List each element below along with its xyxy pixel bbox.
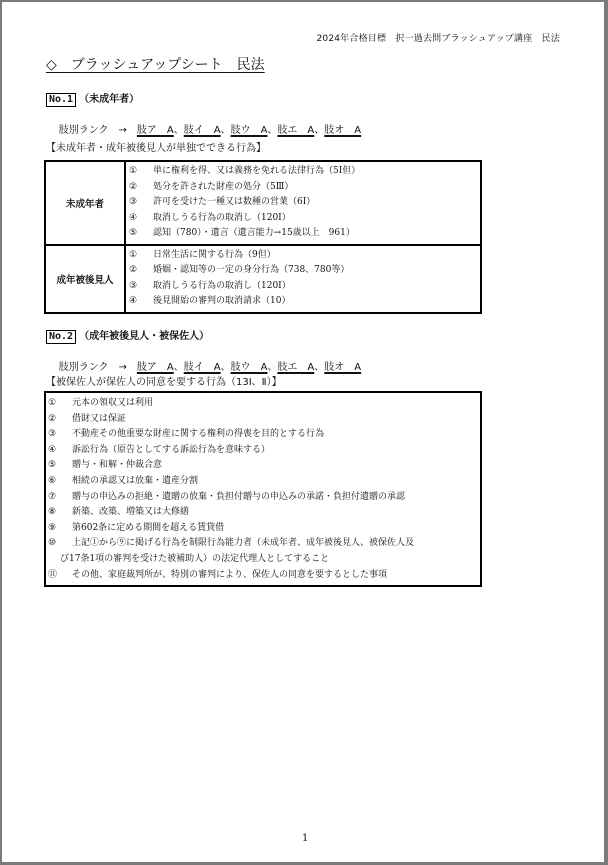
minor-items: ①単に権利を得、又は義務を免れる法律行為（5Ⅰ但） ②処分を許された財産の処分（… [125,161,481,245]
item-number: ③ [48,427,72,443]
separator: 、 [174,125,184,136]
question-2-heading: No.2（成年被後見人・被保佐人） [46,327,209,344]
rank-label: 肢別ランク → [59,362,137,373]
list-item: ⑪その他、家庭裁判所が、特別の審判により、保佐人の同意を要するとした事項 [48,568,480,584]
list-item: ③取消しうる行為の取消し（120Ⅰ） [129,279,480,295]
item-number: ④ [129,294,153,310]
item-text: 認知（780）・遺言（遺言能力→15歳以上 961） [153,228,355,238]
item-text: 贈与の申込みの拒絶・遺贈の放棄・負担付贈与の申込みの承諾・負担付遺贈の承認 [72,492,405,502]
item-number: ⑧ [48,505,72,521]
list-item: ④訴訟行為（原告としてする訴訟行為を意味する） [48,443,480,459]
rank-option-e: 肢エ A [277,362,314,373]
item-number: ④ [129,211,153,227]
list-item: ⑧新築、改築、増築又は大修繕 [48,505,480,521]
item-number: ⑤ [129,226,153,242]
list-item: ⑩上記①から⑨に掲げる行為を制限行為能力者（未成年者、成年被後見人、被保佐人及 [48,536,480,552]
list-item: ⑤贈与・和解・仲裁合意 [48,458,480,474]
item-text: 取消しうる行為の取消し（120Ⅰ） [153,213,291,223]
rank-option-a: 肢ア A [137,362,174,373]
item-text: 元本の領収又は利用 [72,398,153,408]
item-text: 取消しうる行為の取消し（120Ⅰ） [153,281,291,291]
question-2-number: No.2 [46,330,76,344]
list-item: ④後見開始の審判の取消請求（10） [129,294,480,310]
item-number: ⑨ [48,521,72,537]
separator: 、 [267,125,277,136]
list-item: ⑤認知（780）・遺言（遺言能力→15歳以上 961） [129,226,480,242]
item-text: 不動産その他重要な財産に関する権利の得喪を目的とする行為 [72,429,324,439]
item-number: ⑤ [48,458,72,474]
separator: 、 [221,125,231,136]
item-text: 新築、改築、増築又は大修繕 [72,507,189,517]
running-header: 2024年合格目標 択一過去問ブラッシュアップ講座 民法 [316,31,560,44]
question-1-topic: （未成年者） [79,94,139,105]
rank-option-i: 肢イ A [184,125,221,136]
list-item: ④取消しうる行為の取消し（120Ⅰ） [129,211,480,227]
list-item: ⑦贈与の申込みの拒絶・遺贈の放棄・負担付贈与の申込みの承諾・負担付遺贈の承認 [48,490,480,506]
rank-option-o: 肢オ A [324,125,361,136]
item-text: 借財又は保証 [72,414,126,424]
item-text: 婚姻・認知等の一定の身分行為（738、780等） [153,265,349,275]
item-number: ① [129,248,153,264]
table-row-minor: 未成年者 ①単に権利を得、又は義務を免れる法律行為（5Ⅰ但） ②処分を許された財… [45,161,481,245]
question-1-section-title: 【未成年者・成年被後見人が単独でできる行為】 [46,139,266,154]
question-2-topic: （成年被後見人・被保佐人） [79,331,209,342]
item-text: 後見開始の審判の取消請求（10） [153,296,290,306]
item-number: ② [129,180,153,196]
item-text: 処分を許された財産の処分（5Ⅲ） [153,182,293,192]
list-item: ①単に権利を得、又は義務を免れる法律行為（5Ⅰ但） [129,164,480,180]
item-number: ① [48,396,72,412]
separator: 、 [267,362,277,373]
rank-option-u: 肢ウ A [231,362,268,373]
item-text: 贈与・和解・仲裁合意 [72,460,162,470]
list-item: ③不動産その他重要な財産に関する権利の得喪を目的とする行為 [48,427,480,443]
item-number: ⑥ [48,474,72,490]
item-number: ① [129,164,153,180]
row-label-minor: 未成年者 [45,161,125,245]
list-item: ②借財又は保証 [48,412,480,428]
item-number: ③ [129,279,153,295]
curator-consent-list: ①元本の領収又は利用 ②借財又は保証 ③不動産その他重要な財産に関する権利の得喪… [44,391,482,587]
item-text: 相続の承認又は放棄・遺産分割 [72,476,198,486]
item-number: ⑦ [48,490,72,506]
item-number: ⑩ [48,536,72,552]
item-text: 日常生活に関する行為（9但） [153,250,276,260]
list-item: ⑥相続の承認又は放棄・遺産分割 [48,474,480,490]
list-item: ②処分を許された財産の処分（5Ⅲ） [129,180,480,196]
rank-option-u: 肢ウ A [231,125,268,136]
item-text: 単に権利を得、又は義務を免れる法律行為（5Ⅰ但） [153,166,360,176]
list-item: ①日常生活に関する行為（9但） [129,248,480,264]
question-2-section-title: 【被保佐人が保佐人の同意を要する行為（13Ⅰ、Ⅱ）】 [46,373,282,388]
document-page: 2024年合格目標 択一過去問ブラッシュアップ講座 民法 ◇ ブラッシュアップシ… [0,0,608,865]
page-title: ◇ ブラッシュアップシート 民法 [46,54,265,74]
adult-ward-items: ①日常生活に関する行為（9但） ②婚姻・認知等の一定の身分行為（738、780等… [125,245,481,313]
list-item-continuation: び17条1項の審判を受けた被補助人）の法定代理人としてすること [48,552,480,568]
list-item: ⑨第602条に定める期間を超える賃貸借 [48,521,480,537]
item-number: ⑪ [48,568,72,584]
page-number: 1 [302,833,308,844]
question-1-heading: No.1（未成年者） [46,90,139,107]
rank-option-i: 肢イ A [184,362,221,373]
item-text: 上記①から⑨に掲げる行為を制限行為能力者（未成年者、成年被後見人、被保佐人及 [72,538,414,548]
item-text: 第602条に定める期間を超える賃貸借 [72,523,224,533]
separator: 、 [314,362,324,373]
separator: 、 [314,125,324,136]
item-number: ④ [48,443,72,459]
question-1-number: No.1 [46,93,76,107]
table-row-adult-ward: 成年被後見人 ①日常生活に関する行為（9但） ②婚姻・認知等の一定の身分行為（7… [45,245,481,313]
list-item: ①元本の領収又は利用 [48,396,480,412]
rank-option-o: 肢オ A [324,362,361,373]
list-item: ②婚姻・認知等の一定の身分行為（738、780等） [129,263,480,279]
row-label-adult-ward: 成年被後見人 [45,245,125,313]
list-item: ③許可を受けた一種又は数種の営業（6Ⅰ） [129,195,480,211]
capacity-table: 未成年者 ①単に権利を得、又は義務を免れる法律行為（5Ⅰ但） ②処分を許された財… [44,160,482,314]
rank-option-a: 肢ア A [137,125,174,136]
item-text: その他、家庭裁判所が、特別の審判により、保佐人の同意を要するとした事項 [72,570,387,580]
separator: 、 [174,362,184,373]
item-number: ② [129,263,153,279]
item-number: ② [48,412,72,428]
separator: 、 [221,362,231,373]
item-text: 訴訟行為（原告としてする訴訟行為を意味する） [72,445,270,455]
rank-label: 肢別ランク → [59,125,137,136]
rank-option-e: 肢エ A [277,125,314,136]
item-number: ③ [129,195,153,211]
item-text: 許可を受けた一種又は数種の営業（6Ⅰ） [153,197,315,207]
